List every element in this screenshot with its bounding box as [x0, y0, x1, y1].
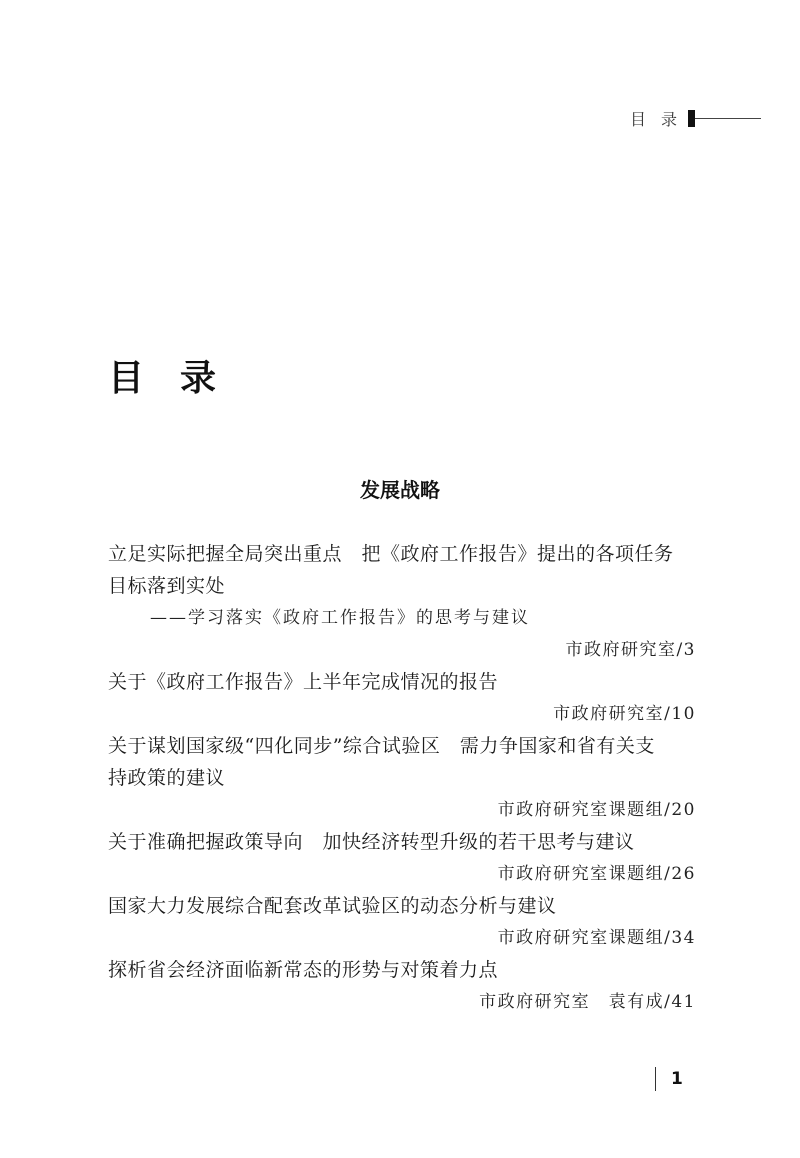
entry-title: 关于谋划国家级“四化同步”综合试验区 需力争国家和省有关支	[108, 730, 696, 762]
page-title: 目录	[108, 350, 252, 401]
entry-author-page: 市政府研究室课题组/26	[108, 858, 696, 890]
entry-subtitle: ——学习落实《政府工作报告》的思考与建议	[108, 602, 696, 634]
running-head-marker	[688, 110, 695, 127]
entry-title: 关于《政府工作报告》上半年完成情况的报告	[108, 666, 696, 698]
page-folio: 1	[655, 1067, 683, 1091]
toc-entry[interactable]: 国家大力发展综合配套改革试验区的动态分析与建议 市政府研究室课题组/34	[108, 890, 696, 954]
toc-entry[interactable]: 关于准确把握政策导向 加快经济转型升级的若干思考与建议 市政府研究室课题组/26	[108, 826, 696, 890]
running-head: 目录	[630, 107, 761, 130]
page-number: 1	[671, 1069, 683, 1089]
entry-title: 关于准确把握政策导向 加快经济转型升级的若干思考与建议	[108, 826, 696, 858]
entry-title: 立足实际把握全局突出重点 把《政府工作报告》提出的各项任务	[108, 538, 696, 570]
entry-author-page: 市政府研究室/10	[108, 698, 696, 730]
entry-title: 国家大力发展综合配套改革试验区的动态分析与建议	[108, 890, 696, 922]
folio-rule	[655, 1067, 656, 1091]
toc-entry[interactable]: 关于《政府工作报告》上半年完成情况的报告 市政府研究室/10	[108, 666, 696, 730]
section-heading: 发展战略	[0, 474, 800, 503]
running-head-rule	[695, 118, 761, 119]
entry-author-page: 市政府研究室 袁有成/41	[108, 986, 696, 1018]
entry-title: 探析省会经济面临新常态的形势与对策着力点	[108, 954, 696, 986]
entry-author-page: 市政府研究室/3	[108, 634, 696, 666]
running-head-text: 目录	[630, 107, 692, 130]
toc-list: 立足实际把握全局突出重点 把《政府工作报告》提出的各项任务 目标落到实处 ——学…	[108, 538, 696, 1018]
entry-author-page: 市政府研究室课题组/34	[108, 922, 696, 954]
toc-entry[interactable]: 立足实际把握全局突出重点 把《政府工作报告》提出的各项任务 目标落到实处 ——学…	[108, 538, 696, 666]
toc-entry[interactable]: 探析省会经济面临新常态的形势与对策着力点 市政府研究室 袁有成/41	[108, 954, 696, 1018]
entry-author-page: 市政府研究室课题组/20	[108, 794, 696, 826]
entry-title: 持政策的建议	[108, 762, 696, 794]
toc-entry[interactable]: 关于谋划国家级“四化同步”综合试验区 需力争国家和省有关支 持政策的建议 市政府…	[108, 730, 696, 826]
entry-title: 目标落到实处	[108, 570, 696, 602]
